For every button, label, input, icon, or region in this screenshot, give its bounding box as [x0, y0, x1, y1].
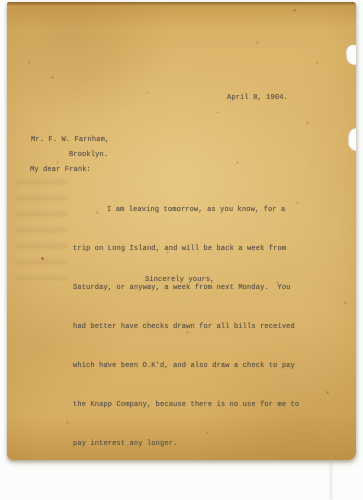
body-line: had better have checks drawn for all bil… [73, 321, 305, 334]
recipient-name: Mr. F. W. Farnham, [31, 134, 109, 147]
paper-top-edge [7, 2, 356, 6]
body-line: pay interest any longer. [73, 438, 305, 451]
body-line: which have been O.K'd, and also draw a c… [73, 360, 305, 373]
recipient-city: Brooklyn. [69, 149, 108, 162]
body-line: the Knapp Company, because there is no u… [73, 399, 305, 412]
body-paragraph: I am leaving tomorrow, as you know, for … [73, 178, 305, 460]
body-line: trip on Long Island, and will be back a … [73, 243, 305, 256]
torn-edge-notch [345, 45, 356, 66]
torn-edge-notch [347, 128, 356, 152]
date-line: April 8, 1904. [227, 92, 288, 105]
ink-bleed-through-marks [15, 180, 67, 290]
body-line: I am leaving tomorrow, as you know, for … [73, 204, 305, 217]
closing-line: Sincerely yours, [145, 274, 215, 287]
salutation: My dear Frank: [30, 164, 91, 177]
letter-paper: April 8, 1904. Mr. F. W. Farnham, Brookl… [7, 2, 356, 460]
scanned-letter-page: April 8, 1904. Mr. F. W. Farnham, Brookl… [0, 0, 363, 500]
paper-foxing-speckles [7, 2, 8, 3]
